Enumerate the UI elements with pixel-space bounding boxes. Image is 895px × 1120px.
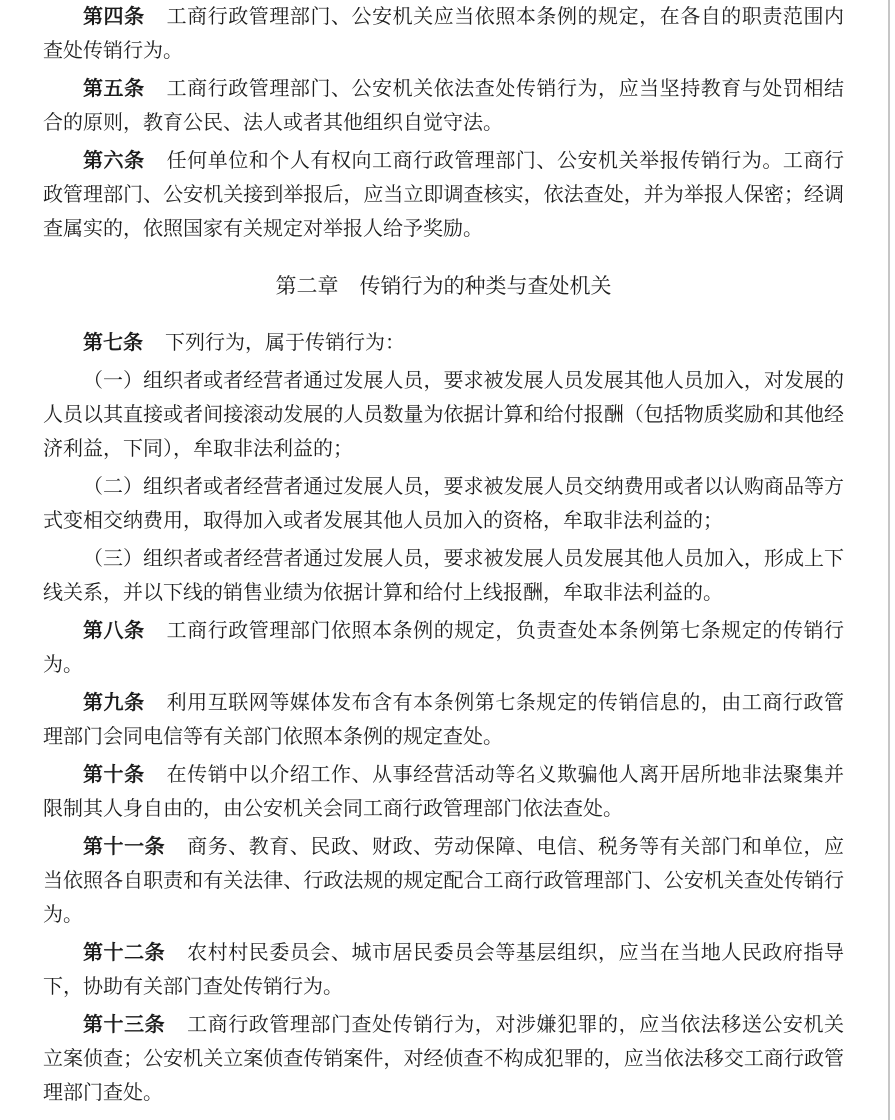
- article-number: 第十二条: [83, 942, 165, 964]
- article-paragraph: 第五条工商行政管理部门、公安机关依法查处传销行为，应当坚持教育与处罚相结合的原则…: [43, 72, 844, 140]
- article-number: 第六条: [83, 150, 145, 172]
- article-number: 第九条: [83, 692, 145, 714]
- document-body: 第四条工商行政管理部门、公安机关应当依照本条例的规定，在各自的职责范围内查处传销…: [43, 0, 844, 1114]
- article-number: 第五条: [83, 78, 145, 100]
- paragraph-text: 下列行为，属于传销行为：: [165, 332, 405, 354]
- chapter-heading: 第二章 传销行为的种类与查处机关: [43, 269, 844, 303]
- article-paragraph: 第十一条商务、教育、民政、财政、劳动保障、电信、税务等有关部门和单位，应当依照各…: [43, 830, 844, 932]
- list-item-paragraph: （三）组织者或者经营者通过发展人员，要求被发展人员发展其他人员加入，形成上下线关…: [43, 542, 844, 610]
- article-number: 第十条: [83, 764, 145, 786]
- article-paragraph: 第九条利用互联网等媒体发布含有本条例第七条规定的传销信息的，由工商行政管理部门会…: [43, 686, 844, 754]
- article-number: 第四条: [83, 6, 145, 28]
- document-page: { "page": { "background": "#ffffff", "te…: [0, 0, 895, 1120]
- article-number: 第十一条: [83, 836, 165, 858]
- paragraph-text: 工商行政管理部门、公安机关依法查处传销行为，应当坚持教育与处罚相结合的原则，教育…: [43, 78, 844, 134]
- paragraph-text: （二）组织者或者经营者通过发展人员，要求被发展人员交纳费用或者以认购商品等方式变…: [43, 476, 844, 532]
- article-paragraph: 第七条下列行为，属于传销行为：: [43, 326, 844, 360]
- article-number: 第八条: [83, 620, 145, 642]
- article-paragraph: 第十三条工商行政管理部门查处传销行为，对涉嫌犯罪的，应当依法移送公安机关立案侦查…: [43, 1008, 844, 1110]
- article-paragraph: 第十条在传销中以介绍工作、从事经营活动等名义欺骗他人离开居所地非法聚集并限制其人…: [43, 758, 844, 826]
- list-item-paragraph: （二）组织者或者经营者通过发展人员，要求被发展人员交纳费用或者以认购商品等方式变…: [43, 470, 844, 538]
- page-edge-line: [888, 0, 890, 1120]
- article-paragraph: 第六条任何单位和个人有权向工商行政管理部门、公安机关举报传销行为。工商行政管理部…: [43, 144, 844, 246]
- article-number: 第十三条: [83, 1014, 165, 1036]
- paragraph-text: （三）组织者或者经营者通过发展人员，要求被发展人员发展其他人员加入，形成上下线关…: [43, 548, 844, 604]
- paragraph-text: （一）组织者或者经营者通过发展人员，要求被发展人员发展其他人员加入，对发展的人员…: [43, 370, 844, 460]
- paragraph-text: 利用互联网等媒体发布含有本条例第七条规定的传销信息的，由工商行政管理部门会同电信…: [43, 692, 844, 748]
- list-item-paragraph: （一）组织者或者经营者通过发展人员，要求被发展人员发展其他人员加入，对发展的人员…: [43, 364, 844, 466]
- article-paragraph: 第四条工商行政管理部门、公安机关应当依照本条例的规定，在各自的职责范围内查处传销…: [43, 0, 844, 68]
- paragraph-text: 在传销中以介绍工作、从事经营活动等名义欺骗他人离开居所地非法聚集并限制其人身自由…: [43, 764, 844, 820]
- paragraph-text: 任何单位和个人有权向工商行政管理部门、公安机关举报传销行为。工商行政管理部门、公…: [43, 150, 844, 240]
- article-number: 第七条: [83, 332, 143, 354]
- paragraph-text: 工商行政管理部门、公安机关应当依照本条例的规定，在各自的职责范围内查处传销行为。: [43, 6, 844, 62]
- article-paragraph: 第八条工商行政管理部门依照本条例的规定，负责查处本条例第七条规定的传销行为。: [43, 614, 844, 682]
- paragraph-text: 工商行政管理部门依照本条例的规定，负责查处本条例第七条规定的传销行为。: [43, 620, 844, 676]
- article-paragraph: 第十二条农村村民委员会、城市居民委员会等基层组织，应当在当地人民政府指导下，协助…: [43, 936, 844, 1004]
